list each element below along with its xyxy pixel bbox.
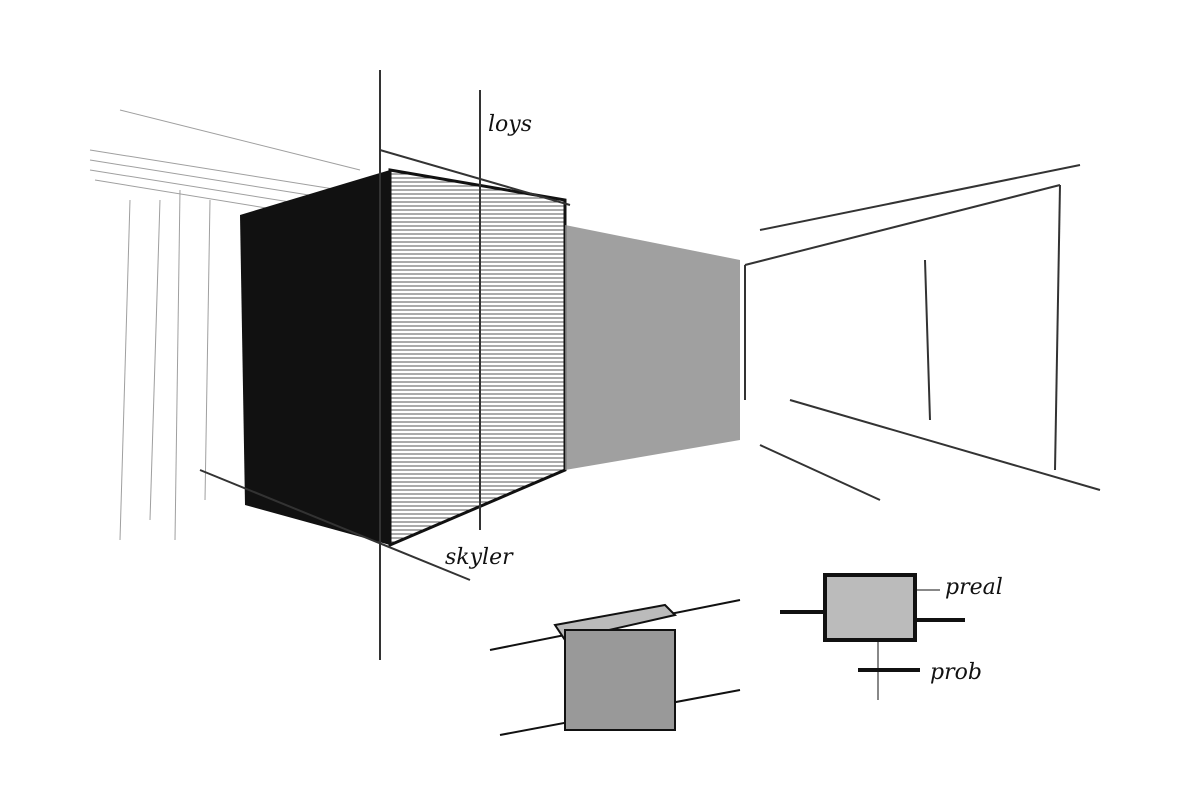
sketch-canvas bbox=[0, 0, 1200, 800]
annotation-detail-upper: preal bbox=[945, 575, 1003, 600]
annotation-top: loys bbox=[488, 112, 532, 137]
cube-dark-face bbox=[240, 170, 390, 545]
cube-light-face bbox=[390, 170, 565, 545]
wall-shadow bbox=[565, 225, 740, 470]
annotation-bottom: skyler bbox=[445, 545, 513, 570]
small-cube-detail bbox=[490, 600, 740, 735]
annotation-detail-lower: prob bbox=[930, 660, 982, 685]
